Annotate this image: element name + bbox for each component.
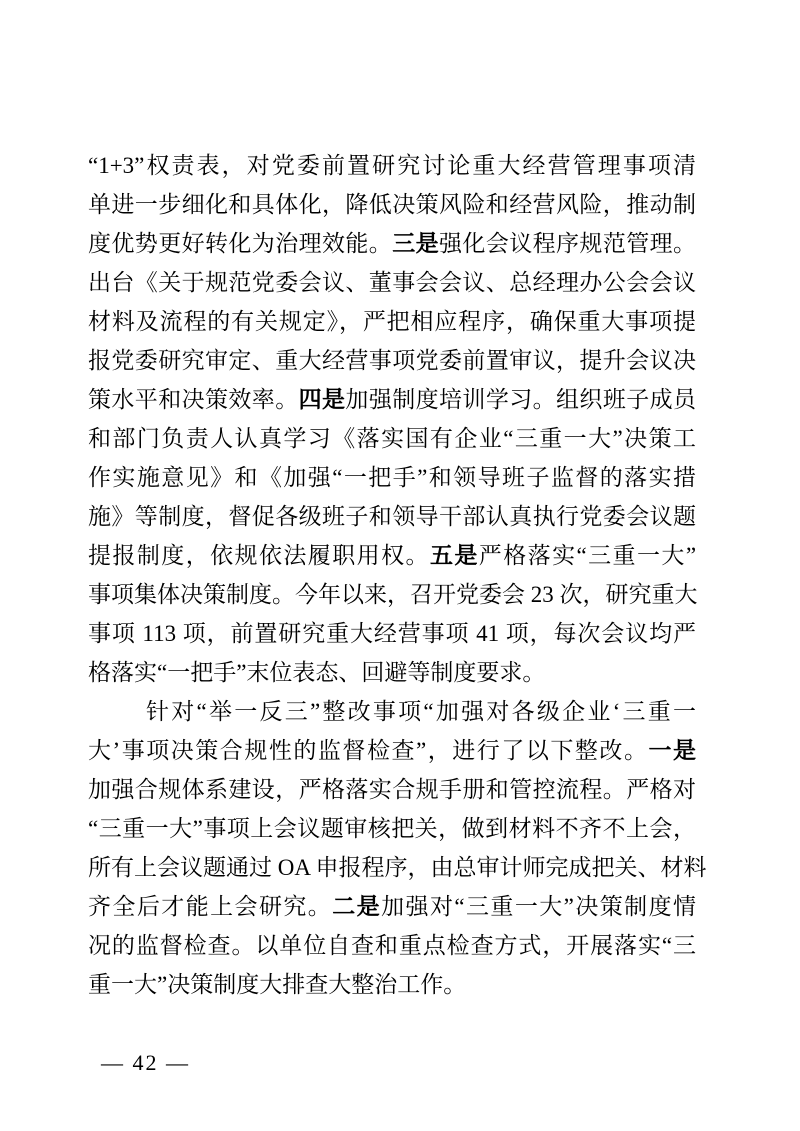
text-line: “三重一大”事项上会议题审核把关，做到材料不齐不上会， (88, 809, 696, 848)
text-line: 大’事项决策合规性的监督检查”，进行了以下整改。一是 (88, 731, 696, 770)
bold-run-in-heading: 三是 (392, 231, 439, 256)
bold-run-in-heading: 一是 (648, 738, 696, 763)
document-page: “1+3”权责表，对党委前置研究讨论重大经营管理事项清单进一步细化和具体化，降低… (0, 0, 800, 1131)
text-line: 齐全后才能上会研究。二是加强对“三重一大”决策制度情 (88, 887, 696, 926)
text-line: 单进一步细化和具体化，降低决策风险和经营风险，推动制 (88, 185, 696, 224)
text-line: 格落实“一把手”末位表态、回避等制度要求。 (88, 653, 696, 692)
text-line: 针对“举一反三”整改事项“加强对各级企业‘三重一 (88, 692, 696, 731)
text-line: 和部门负责人认真学习《落实国有企业“三重一大”决策工 (88, 419, 696, 458)
text-line: 所有上会议题通过 OA 申报程序，由总审计师完成把关、材料 (88, 848, 696, 887)
document-body: “1+3”权责表，对党委前置研究讨论重大经营管理事项清单进一步细化和具体化，降低… (88, 146, 696, 1004)
text-line: 施》等制度，督促各级班子和领导干部认真执行党委会议题 (88, 497, 696, 536)
bold-run-in-heading: 四是 (299, 387, 346, 412)
text-line: 事项集体决策制度。今年以来，召开党委会 23 次，研究重大 (88, 575, 696, 614)
text-line: 作实施意见》和《加强“一把手”和领导班子监督的落实措 (88, 458, 696, 497)
text-line: 事项 113 项，前置研究重大经营事项 41 项，每次会议均严 (88, 614, 696, 653)
text-line: 策水平和决策效率。四是加强制度培训学习。组织班子成员 (88, 380, 696, 419)
text-line: 出台《关于规范党委会议、董事会会议、总经理办公会会议 (88, 263, 696, 302)
text-line: 材料及流程的有关规定》，严把相应程序，确保重大事项提 (88, 302, 696, 341)
text-line: 加强合规体系建设，严格落实合规手册和管控流程。严格对 (88, 770, 696, 809)
page-number: — 42 — (101, 1048, 190, 1078)
bold-run-in-heading: 二是 (332, 894, 381, 919)
text-line: 重一大”决策制度大排查大整治工作。 (88, 965, 696, 1004)
text-line: 度优势更好转化为治理效能。三是强化会议程序规范管理。 (88, 224, 696, 263)
bold-run-in-heading: 五是 (430, 543, 479, 568)
text-line: 报党委研究审定、重大经营事项党委前置审议，提升会议决 (88, 341, 696, 380)
text-line: 提报制度，依规依法履职用权。五是严格落实“三重一大” (88, 536, 696, 575)
text-line: “1+3”权责表，对党委前置研究讨论重大经营管理事项清 (88, 146, 696, 185)
text-line: 况的监督检查。以单位自查和重点检查方式，开展落实“三 (88, 926, 696, 965)
